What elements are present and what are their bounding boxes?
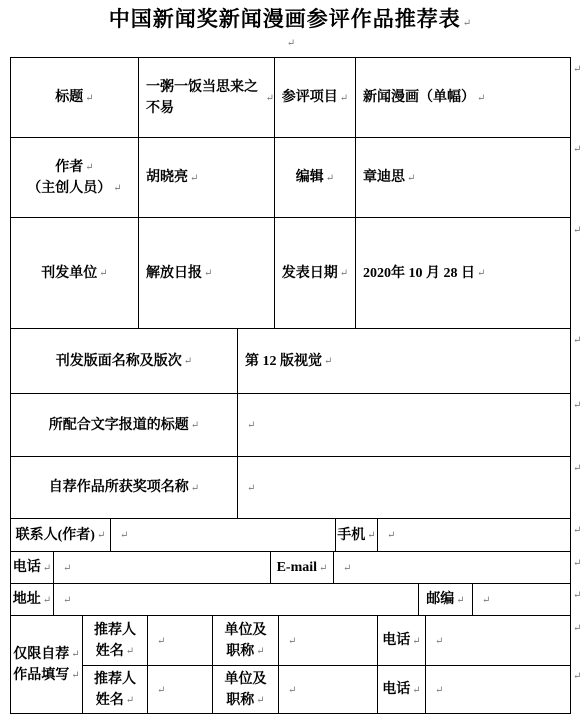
paragraph-mark-icon <box>435 634 443 648</box>
unit-title-label-line1: 单位及 <box>225 669 267 690</box>
publisher-label: 刊发单位 <box>41 263 97 284</box>
related-report-value-cell[interactable] <box>238 394 571 457</box>
paragraph-mark-icon <box>340 266 348 280</box>
award-name-value-cell[interactable] <box>238 457 571 519</box>
paragraph-mark-icon <box>126 693 134 707</box>
empty-paragraph <box>0 33 580 51</box>
recommender1-unit-label-cell: 单位及 职称 <box>213 616 279 666</box>
related-report-label-cell: 所配合文字报道的标题 <box>11 394 238 457</box>
publisher-value-cell[interactable]: 解放日报 <box>139 218 275 329</box>
recommender1-unit-value-cell[interactable] <box>279 616 378 666</box>
phone-label: 电话 <box>13 557 41 578</box>
paragraph-mark-icon <box>85 160 93 174</box>
paragraph-mark-icon <box>573 140 580 156</box>
entry-category-label: 参评项目 <box>282 87 338 108</box>
postcode-label: 邮编 <box>426 589 454 610</box>
paragraph-mark-icon <box>191 481 199 495</box>
paragraph-mark-icon <box>573 396 580 412</box>
paragraph-mark-icon <box>256 644 264 658</box>
title-value: 一粥一饭当思来之不易 <box>146 77 264 119</box>
paragraph-mark-icon <box>412 683 420 697</box>
paragraph-mark-icon <box>435 683 443 697</box>
recommender2-name-label-cell: 推荐人 姓名 <box>83 666 148 714</box>
paragraph-mark-icon <box>463 9 471 30</box>
recommender-label-line1: 推荐人 <box>94 620 136 641</box>
page-title-text: 中国新闻奖新闻漫画参评作品推荐表 <box>109 7 461 31</box>
recommender2-name-value-cell[interactable] <box>148 666 213 714</box>
row-end-mark <box>571 330 580 348</box>
recommender-label-line2: 姓名 <box>96 641 124 662</box>
phone-label-cell: 电话 <box>11 552 54 584</box>
self-recommend-label-line2: 作品填写 <box>13 665 69 686</box>
paragraph-mark-icon <box>287 34 295 50</box>
row-end-mark <box>571 139 580 157</box>
paragraph-mark-icon <box>343 561 351 575</box>
page-title: 中国新闻奖新闻漫画参评作品推荐表 <box>0 3 580 33</box>
paragraph-mark-icon <box>71 668 79 682</box>
row-end-mark <box>571 585 580 603</box>
paragraph-mark-icon <box>43 561 51 575</box>
row-end-mark <box>571 395 580 413</box>
recommender-phone-label: 电话 <box>382 679 410 700</box>
author-label: 作者 <box>55 157 83 178</box>
editor-label: 编辑 <box>296 167 324 188</box>
postcode-value-cell[interactable] <box>473 584 571 616</box>
paragraph-mark-icon <box>340 91 348 105</box>
paragraph-mark-icon <box>191 418 199 432</box>
paragraph-mark-icon <box>204 266 212 280</box>
paragraph-mark-icon <box>573 521 580 537</box>
author-value: 胡晓亮 <box>146 167 188 188</box>
contact-label-cell: 联系人(作者) <box>11 519 111 552</box>
publish-date-label-cell: 发表日期 <box>275 218 356 329</box>
paragraph-mark-icon <box>288 634 296 648</box>
recommender-label-line1: 推荐人 <box>94 669 136 690</box>
paragraph-mark-icon <box>573 331 580 347</box>
paragraph-mark-icon <box>387 528 395 542</box>
publisher-label-cell: 刊发单位 <box>11 218 139 329</box>
recommender-phone-label: 电话 <box>382 630 410 651</box>
address-value-cell[interactable] <box>54 584 419 616</box>
recommender1-phone-label-cell: 电话 <box>378 616 426 666</box>
paragraph-mark-icon <box>266 91 274 105</box>
row-end-mark <box>571 458 580 476</box>
publisher-value: 解放日报 <box>146 263 202 284</box>
self-recommend-label-cell: 仅限自荐 作品填写 <box>11 616 83 714</box>
paragraph-mark-icon <box>324 354 332 368</box>
paragraph-mark-icon <box>573 586 580 602</box>
paragraph-mark-icon <box>407 171 415 185</box>
paragraph-mark-icon <box>477 91 485 105</box>
row-end-mark <box>571 520 580 538</box>
paragraph-mark-icon <box>573 221 580 237</box>
paragraph-mark-icon <box>288 683 296 697</box>
entry-category-label-cell: 参评项目 <box>275 58 356 138</box>
title-label: 标题 <box>55 87 83 108</box>
editor-value-cell[interactable]: 章迪思 <box>356 138 571 218</box>
paragraph-mark-icon <box>85 91 93 105</box>
award-name-label: 自荐作品所获奖项名称 <box>49 477 189 498</box>
paragraph-mark-icon <box>157 634 165 648</box>
recommender1-name-label-cell: 推荐人 姓名 <box>83 616 148 666</box>
recommender1-phone-value-cell[interactable] <box>426 616 571 666</box>
paragraph-mark-icon <box>63 593 71 607</box>
paragraph-mark-icon <box>573 667 580 683</box>
title-label-cell: 标题 <box>11 58 139 138</box>
contact-value-cell[interactable] <box>111 519 336 552</box>
title-value-cell[interactable]: 一粥一饭当思来之不易 <box>139 58 275 138</box>
address-label: 地址 <box>13 589 41 610</box>
paragraph-mark-icon <box>71 647 79 661</box>
row-end-mark <box>571 618 580 636</box>
paragraph-mark-icon <box>157 683 165 697</box>
mobile-value-cell[interactable] <box>378 519 571 552</box>
paragraph-mark-icon <box>482 593 490 607</box>
page-section-label: 刊发版面名称及版次 <box>56 351 182 372</box>
unit-title-label-line2: 职称 <box>226 690 254 711</box>
publish-date-value: 2020年 10 月 28 日 <box>363 263 475 284</box>
paragraph-mark-icon <box>573 619 580 635</box>
paragraph-mark-icon <box>573 554 580 570</box>
paragraph-mark-icon <box>97 528 105 542</box>
author-value-cell[interactable]: 胡晓亮 <box>139 138 275 218</box>
award-name-label-cell: 自荐作品所获奖项名称 <box>11 457 238 519</box>
paragraph-mark-icon <box>43 593 51 607</box>
paragraph-mark-icon <box>573 459 580 475</box>
paragraph-mark-icon <box>367 528 375 542</box>
author-sublabel: （主创人员） <box>27 178 111 199</box>
self-recommend-label-line1: 仅限自荐 <box>13 644 69 665</box>
email-label-cell: E-mail <box>271 552 334 584</box>
phone-value-cell[interactable] <box>54 552 271 584</box>
document-page: 中国新闻奖新闻漫画参评作品推荐表 标题 一粥一饭当思来之不易 参评项目 新闻漫画… <box>0 0 580 716</box>
unit-title-label-line2: 职称 <box>226 641 254 662</box>
paragraph-mark-icon <box>99 266 107 280</box>
paragraph-mark-icon <box>63 561 71 575</box>
paragraph-mark-icon <box>326 171 334 185</box>
email-value-cell[interactable] <box>334 552 571 584</box>
recommendation-form-table: 标题 一粥一饭当思来之不易 参评项目 新闻漫画（单幅） 作者 （主创人员） 胡晓… <box>10 57 571 714</box>
page-section-value: 第 12 版视觉 <box>245 351 322 372</box>
paragraph-mark-icon <box>319 561 327 575</box>
paragraph-mark-icon <box>247 481 255 495</box>
paragraph-mark-icon <box>256 693 264 707</box>
mobile-label: 手机 <box>337 525 365 546</box>
paragraph-mark-icon <box>477 266 485 280</box>
recommender-label-line2: 姓名 <box>96 690 124 711</box>
paragraph-mark-icon <box>184 354 192 368</box>
page-section-label-cell: 刊发版面名称及版次 <box>11 329 238 394</box>
address-label-cell: 地址 <box>11 584 54 616</box>
postcode-label-cell: 邮编 <box>419 584 473 616</box>
entry-category-value-cell[interactable]: 新闻漫画（单幅） <box>356 58 571 138</box>
entry-category-value: 新闻漫画（单幅） <box>363 87 475 108</box>
recommender1-name-value-cell[interactable] <box>148 616 213 666</box>
publish-date-label: 发表日期 <box>282 263 338 284</box>
row-end-mark <box>571 553 580 571</box>
paragraph-mark-icon <box>113 181 121 195</box>
recommender2-unit-value-cell[interactable] <box>279 666 378 714</box>
paragraph-mark-icon <box>573 60 580 76</box>
recommender2-unit-label-cell: 单位及 职称 <box>213 666 279 714</box>
row-end-mark <box>571 59 580 77</box>
author-label-cell: 作者 （主创人员） <box>11 138 139 218</box>
recommender2-phone-label-cell: 电话 <box>378 666 426 714</box>
email-label: E-mail <box>277 557 317 578</box>
row-end-mark <box>571 220 580 238</box>
paragraph-mark-icon <box>247 418 255 432</box>
paragraph-mark-icon <box>456 593 464 607</box>
page-section-value-cell[interactable]: 第 12 版视觉 <box>238 329 571 394</box>
contact-label: 联系人(作者) <box>16 525 95 546</box>
paragraph-mark-icon <box>120 528 128 542</box>
recommender2-phone-value-cell[interactable] <box>426 666 571 714</box>
paragraph-mark-icon <box>126 644 134 658</box>
mobile-label-cell: 手机 <box>336 519 378 552</box>
related-report-label: 所配合文字报道的标题 <box>49 415 189 436</box>
publish-date-value-cell[interactable]: 2020年 10 月 28 日 <box>356 218 571 329</box>
unit-title-label-line1: 单位及 <box>225 620 267 641</box>
row-end-mark <box>571 666 580 684</box>
paragraph-mark-icon <box>412 634 420 648</box>
editor-label-cell: 编辑 <box>275 138 356 218</box>
paragraph-mark-icon <box>190 171 198 185</box>
editor-value: 章迪思 <box>363 167 405 188</box>
